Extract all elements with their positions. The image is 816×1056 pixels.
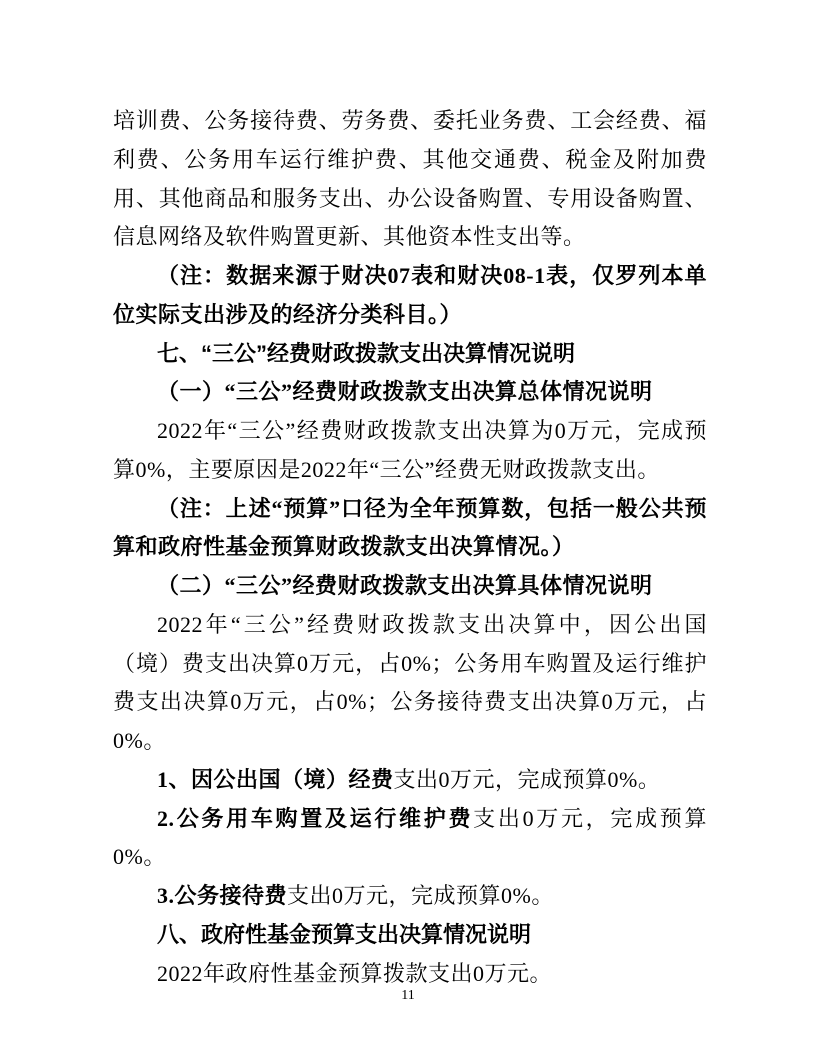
heading-section-seven: 七、“三公”经费财政拨款支出决算情况说明 [113, 335, 707, 374]
page-footer: 11 [0, 988, 816, 1004]
note-data-source: （注：数据来源于财决07表和财决08-1表，仅罗列本单位实际支出涉及的经济分类科… [113, 257, 707, 335]
heading-subsection-one: （一）“三公”经费财政拨款支出决算总体情况说明 [113, 373, 707, 412]
list-item-reception-expense-value: 支出0万元，完成预算0%。 [287, 883, 554, 908]
list-item-reception-expense-label: 3.公务接待费 [157, 883, 287, 908]
paragraph-specific-situation: 2022年“三公”经费财政拨款支出决算中，因公出国（境）费支出决算0万元，占0%… [113, 606, 707, 761]
document-page: 培训费、公务接待费、劳务费、委托业务费、工会经费、福利费、公务用车运行维护费、其… [0, 0, 816, 1056]
list-item-abroad-expense: 1、因公出国（境）经费支出0万元，完成预算0%。 [113, 761, 707, 800]
document-content: 培训费、公务接待费、劳务费、委托业务费、工会经费、福利费、公务用车运行维护费、其… [113, 102, 707, 993]
note-budget-scope: （注：上述“预算”口径为全年预算数，包括一般公共预算和政府性基金预算财政拨款支出… [113, 490, 707, 568]
list-item-abroad-expense-value: 支出0万元，完成预算0%。 [394, 767, 661, 792]
paragraph-overall-situation: 2022年“三公”经费财政拨款支出决算为0万元，完成预算0%，主要原因是2022… [113, 412, 707, 490]
list-item-vehicle-expense-label: 2.公务用车购置及运行维护费 [157, 806, 473, 831]
heading-subsection-two: （二）“三公”经费财政拨款支出决算具体情况说明 [113, 567, 707, 606]
heading-section-eight: 八、政府性基金预算支出决算情况说明 [113, 916, 707, 955]
list-item-reception-expense: 3.公务接待费支出0万元，完成预算0%。 [113, 877, 707, 916]
list-item-vehicle-expense: 2.公务用车购置及运行维护费支出0万元，完成预算0%。 [113, 800, 707, 878]
paragraph-expense-categories: 培训费、公务接待费、劳务费、委托业务费、工会经费、福利费、公务用车运行维护费、其… [113, 102, 707, 257]
page-number: 11 [401, 988, 414, 1003]
list-item-abroad-expense-label: 1、因公出国（境）经费 [157, 767, 394, 792]
